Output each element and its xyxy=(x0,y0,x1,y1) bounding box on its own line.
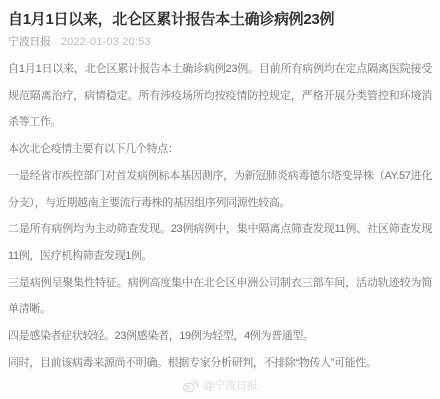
article-timestamp: 2022-01-03 20:53 xyxy=(61,36,151,49)
article-paragraph: 本次北仑疫情主要有以下几个特点： xyxy=(8,136,432,163)
article-source: 宁波日报 xyxy=(8,36,51,49)
article-paragraph: 一是经省市疾控部门对首发病例标本基因测序，为新冠肺炎病毒德尔塔变异株（AY.57… xyxy=(8,163,432,216)
article-paragraph: 自1月1日以来，北仑区累计报告本土确诊病例23例。目前所有病例均在定点隔离医院接… xyxy=(8,56,432,136)
news-article: 自1月1日以来，北仑区累计报告本土确诊病例23例 宁波日报 2022-01-03… xyxy=(0,0,440,399)
article-paragraph: 同时，目前该病毒来源尚不明确。根据专家分析研判，不排除“物传人”可能性。 xyxy=(8,350,432,377)
article-meta: 宁波日报 2022-01-03 20:53 xyxy=(8,36,432,49)
article-paragraph: 二是所有病例均为主动筛查发现。23例病例中，集中隔离点筛查发现11例、社区筛查发… xyxy=(8,216,432,269)
article-body: 自1月1日以来，北仑区累计报告本土确诊病例23例。目前所有病例均在定点隔离医院接… xyxy=(8,56,432,376)
article-paragraph: 四是感染者症状较轻。23例感染者，19例为轻型，4例为普通型。 xyxy=(8,323,432,350)
article-title: 自1月1日以来，北仑区累计报告本土确诊病例23例 xyxy=(8,10,432,30)
article-paragraph: 三是病例呈聚集性特征。病例高度集中在北仑区申洲公司制衣三部车间，活动轨迹较为简单… xyxy=(8,270,432,323)
weibo-icon xyxy=(182,378,199,393)
watermark: @宁波日报 xyxy=(8,377,432,393)
watermark-text: @宁波日报 xyxy=(203,377,257,393)
